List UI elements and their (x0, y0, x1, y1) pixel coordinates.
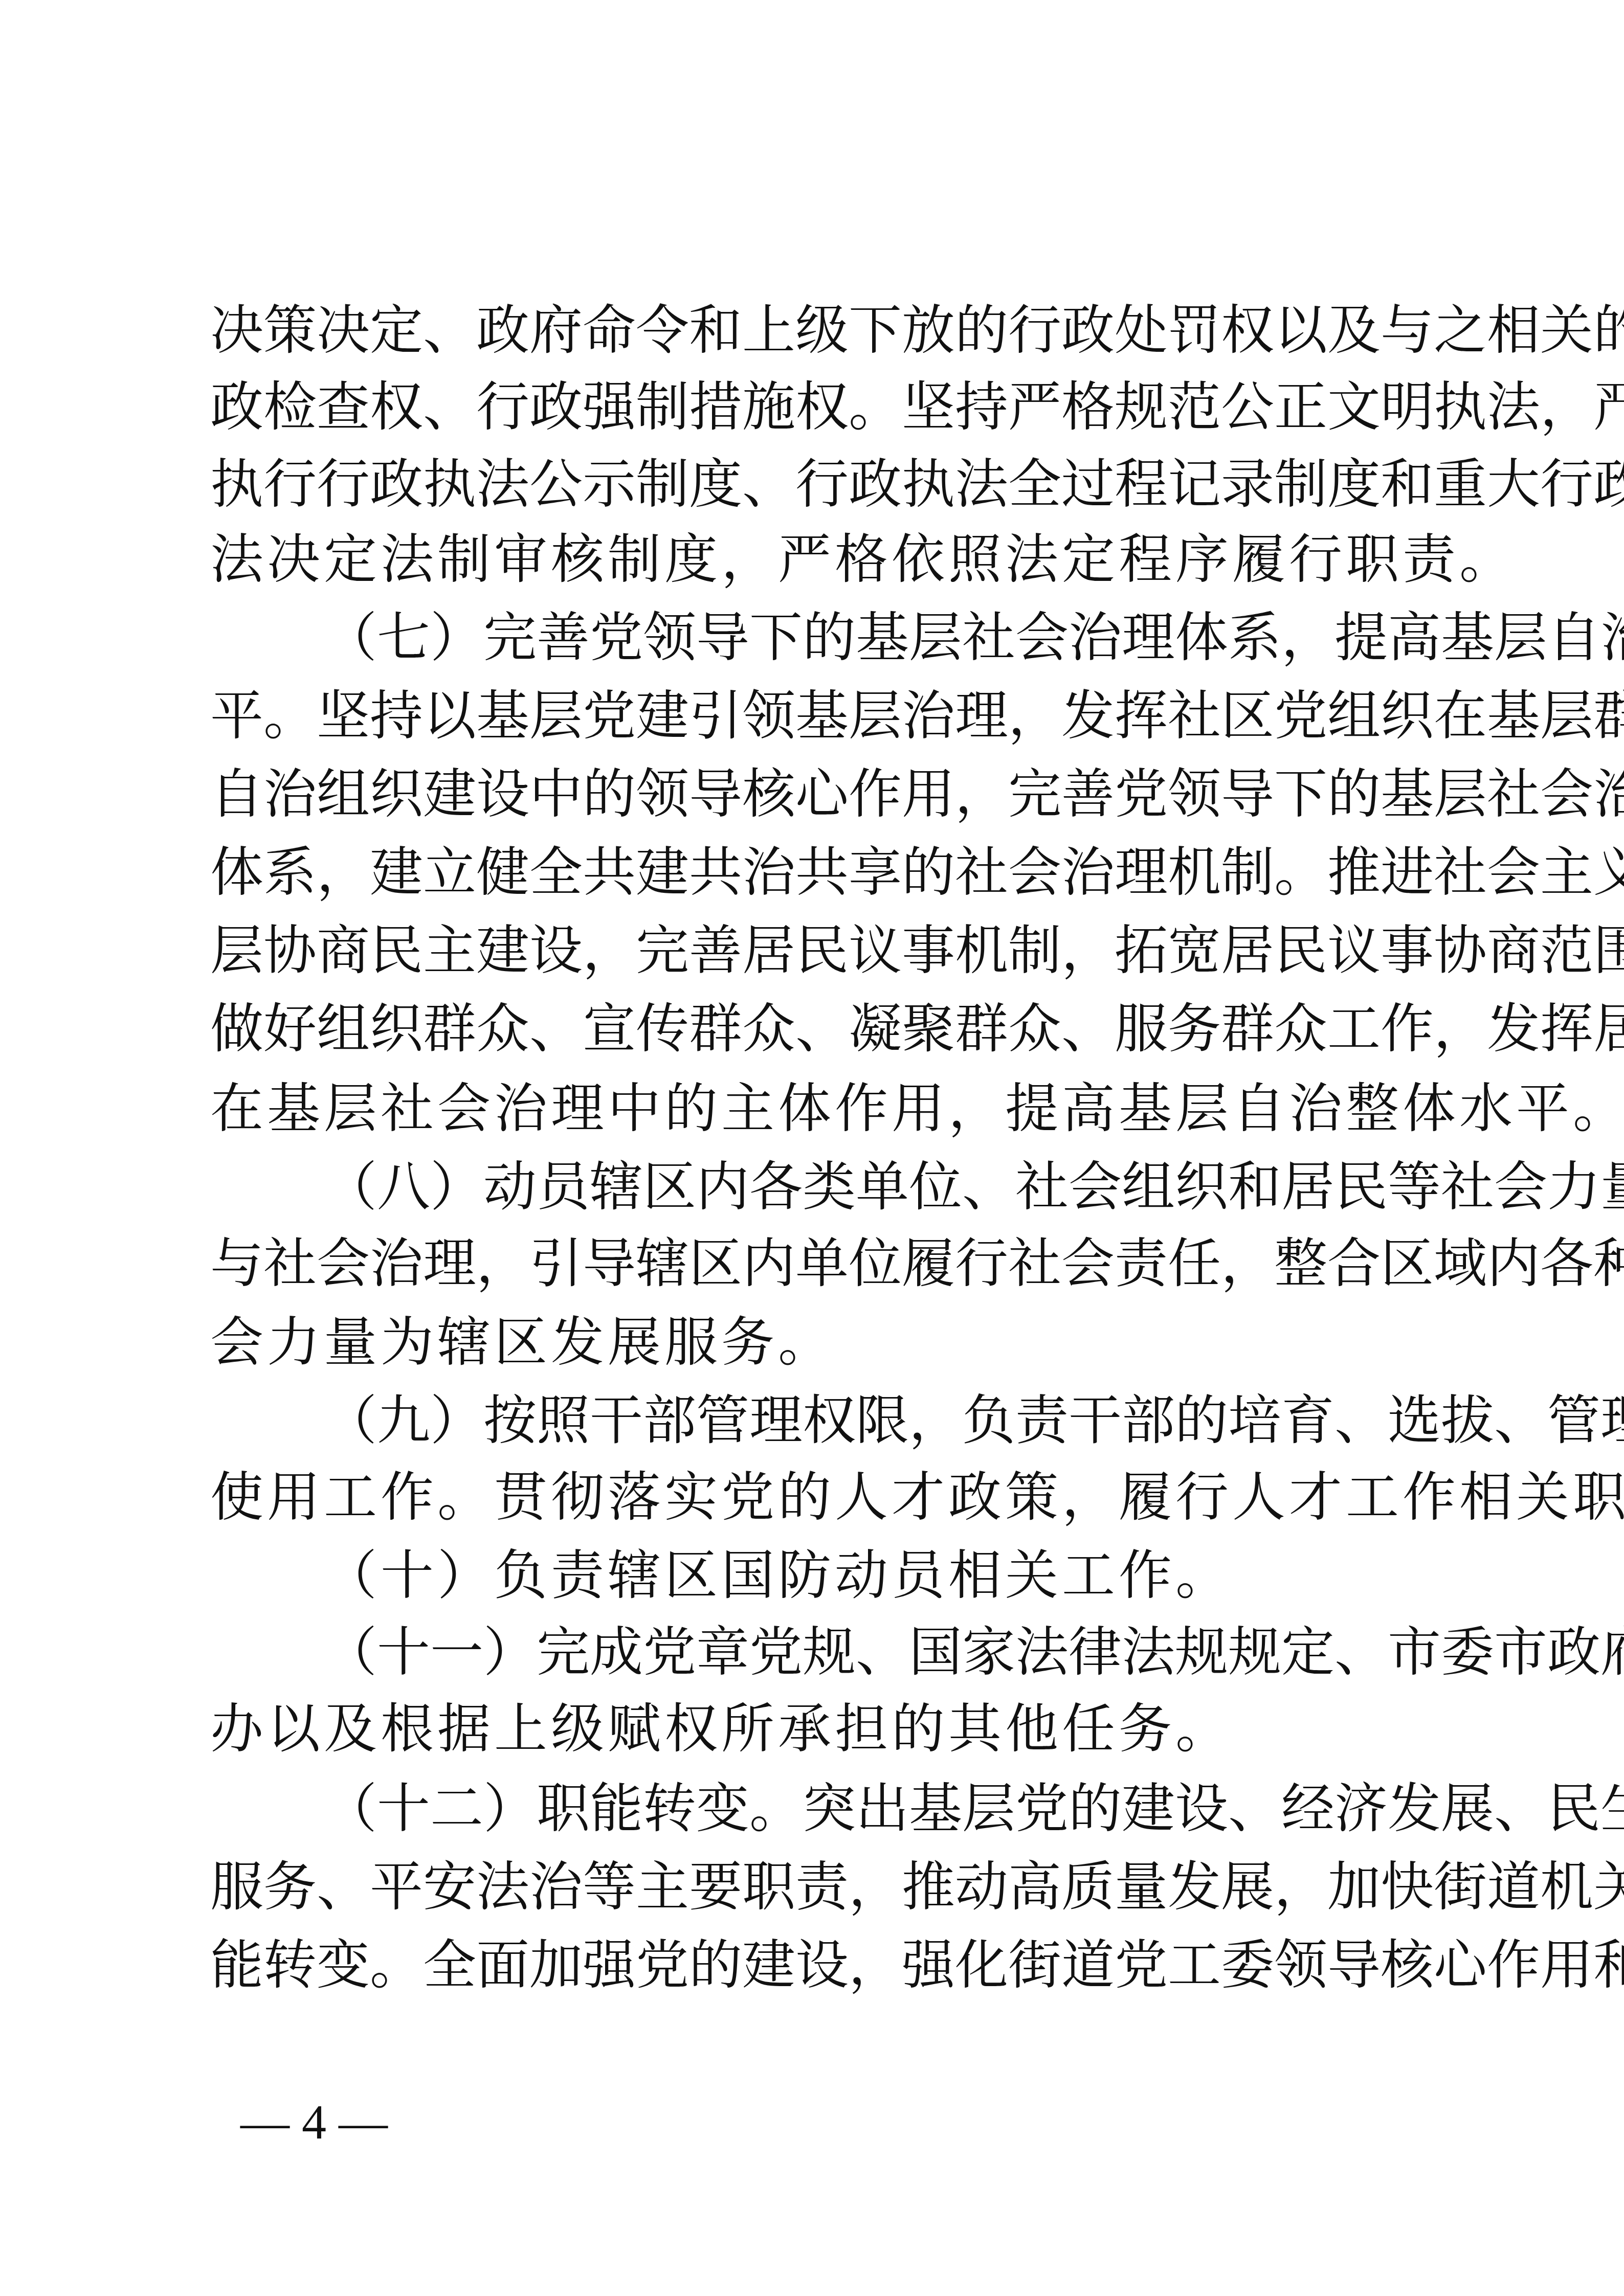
paragraph-line: 使用工作。贯彻落实党的人才政策，履行人才工作相关职责。 (210, 1459, 1405, 1536)
paragraph-line: 体系，建立健全共建共治共享的社会治理机制。推进社会主义基 (210, 834, 1405, 911)
paragraph-line: 自治组织建设中的领导核心作用，完善党领导下的基层社会治理 (210, 756, 1405, 832)
page-number: — 4 — (240, 2089, 388, 2155)
paragraph-line: 会力量为辖区发展服务。 (210, 1304, 1405, 1381)
paragraph-heading-line: （七）完善党领导下的基层社会治理体系，提高基层自治水 (324, 599, 1405, 676)
paragraph-line: 执行行政执法公示制度、行政执法全过程记录制度和重大行政执 (210, 446, 1405, 523)
paragraph-line: 政检查权、行政强制措施权。坚持严格规范公正文明执法，严格 (210, 369, 1405, 445)
document-page: 决策决定、政府命令和上级下放的行政处罚权以及与之相关的行 政检查权、行政强制措施… (0, 0, 1624, 2296)
paragraph-line: 能转变。全面加强党的建设，强化街道党工委领导核心作用和 (210, 1927, 1405, 2004)
paragraph-line: 与社会治理，引导辖区内单位履行社会责任，整合区域内各种社 (210, 1225, 1405, 1302)
paragraph-line: 法决定法制审核制度，严格依照法定程序履行职责。 (210, 521, 1405, 598)
paragraph-line: 办以及根据上级赋权所承担的其他任务。 (210, 1691, 1405, 1767)
paragraph-heading-line: （十一）完成党章党规、国家法律法规规定、市委市政府交 (324, 1614, 1405, 1691)
paragraph-line: 在基层社会治理中的主体作用，提高基层自治整体水平。 (210, 1070, 1405, 1147)
paragraph-line: 做好组织群众、宣传群众、凝聚群众、服务群众工作，发挥居民 (210, 991, 1405, 1067)
paragraph-heading-line: （九）按照干部管理权限，负责干部的培育、选拔、管理和 (324, 1382, 1405, 1459)
paragraph-line: 服务、平安法治等主要职责，推动高质量发展，加快街道机关职 (210, 1849, 1405, 1925)
paragraph-heading-line: （十）负责辖区国防动员相关工作。 (324, 1537, 1405, 1614)
paragraph-heading-line: （十二）职能转变。突出基层党的建设、经济发展、民生 (324, 1770, 1405, 1847)
paragraph-heading-line: （八）动员辖区内各类单位、社会组织和居民等社会力量参 (324, 1149, 1405, 1225)
paragraph-line: 平。坚持以基层党建引领基层治理，发挥社区党组织在基层群众 (210, 678, 1405, 754)
paragraph-line: 决策决定、政府命令和上级下放的行政处罚权以及与之相关的行 (210, 292, 1405, 369)
paragraph-line: 层协商民主建设，完善居民议事机制，拓宽居民议事协商范围， (210, 912, 1405, 989)
